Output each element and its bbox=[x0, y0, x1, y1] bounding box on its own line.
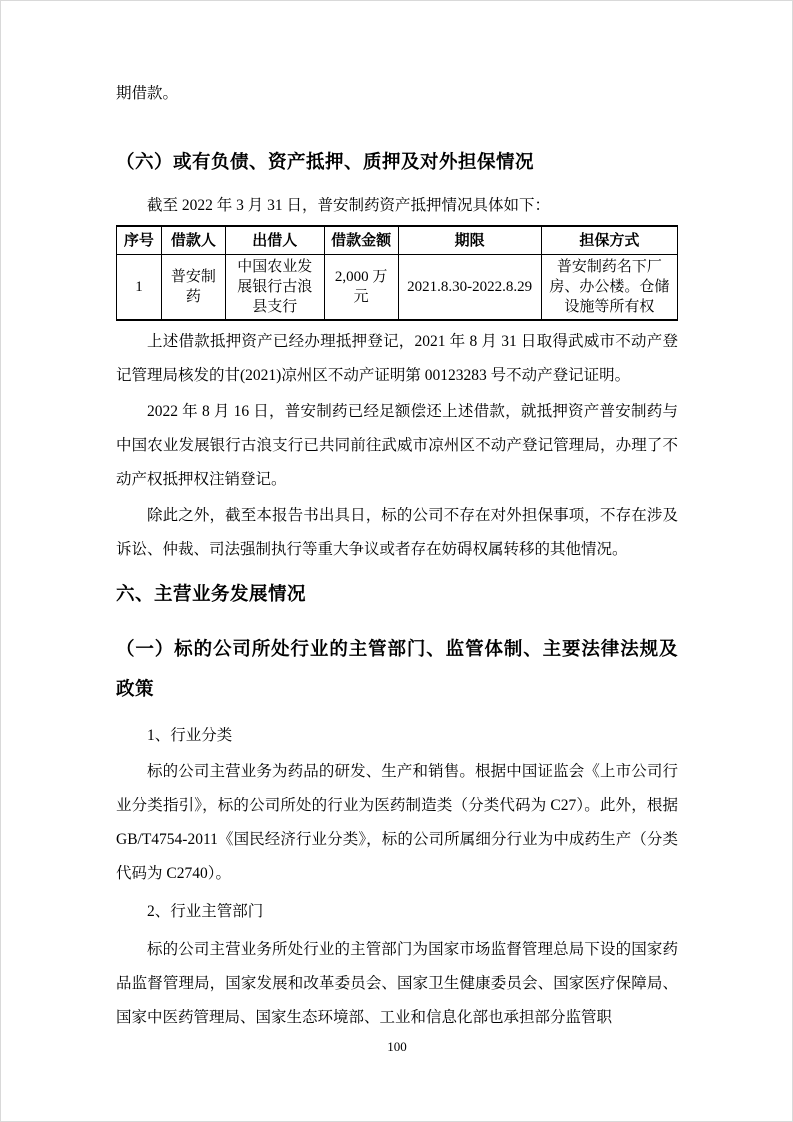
paragraph-mortgage-registration: 上述借款抵押资产已经办理抵押登记，2021 年 8 月 31 日取得武威市不动产… bbox=[116, 325, 678, 393]
heading-main-business: 六、主营业务发展情况 bbox=[116, 579, 678, 609]
paragraph-lead-fragment: 期借款。 bbox=[116, 77, 678, 111]
col-header-lender: 出借人 bbox=[225, 226, 324, 255]
paragraph-industry-classification: 标的公司主营业务为药品的研发、生产和销售。根据中国证监会《上市公司行业分类指引》… bbox=[116, 755, 678, 891]
paragraph-collateral-intro: 截至 2022 年 3 月 31 日，普安制药资产抵押情况具体如下： bbox=[116, 189, 678, 223]
cell-term: 2021.8.30-2022.8.29 bbox=[398, 255, 541, 321]
heading-industry-regulators: （一）标的公司所处行业的主管部门、监管体制、主要法律法规及政策 bbox=[116, 629, 678, 709]
col-header-index: 序号 bbox=[117, 226, 162, 255]
cell-borrower: 普安制药 bbox=[161, 255, 225, 321]
col-header-amount: 借款金额 bbox=[324, 226, 398, 255]
heading-industry-classification: 1、行业分类 bbox=[116, 719, 678, 753]
cell-index: 1 bbox=[117, 255, 162, 321]
table-header-row: 序号 借款人 出借人 借款金额 期限 担保方式 bbox=[117, 226, 678, 255]
page-number: 100 bbox=[116, 1037, 678, 1057]
cell-amount: 2,000 万元 bbox=[324, 255, 398, 321]
col-header-borrower: 借款人 bbox=[161, 226, 225, 255]
heading-industry-authority: 2、行业主管部门 bbox=[116, 895, 678, 929]
heading-contingent-liabilities: （六）或有负债、资产抵押、质押及对外担保情况 bbox=[116, 147, 678, 177]
col-header-guarantee: 担保方式 bbox=[541, 226, 677, 255]
collateral-table: 序号 借款人 出借人 借款金额 期限 担保方式 1 普安制药 中国农业发展银行古… bbox=[116, 225, 678, 321]
paragraph-loan-repayment: 2022 年 8 月 16 日，普安制药已经足额偿还上述借款，就抵押资产普安制药… bbox=[116, 395, 678, 497]
paragraph-no-other-guarantees: 除此之外，截至本报告书出具日，标的公司不存在对外担保事项，不存在涉及诉讼、仲裁、… bbox=[116, 499, 678, 567]
cell-lender: 中国农业发展银行古浪县支行 bbox=[225, 255, 324, 321]
col-header-term: 期限 bbox=[398, 226, 541, 255]
paragraph-industry-authority: 标的公司主营业务所处行业的主管部门为国家市场监督管理总局下设的国家药品监督管理局… bbox=[116, 933, 678, 1035]
cell-guarantee: 普安制药名下厂房、办公楼。仓储设施等所有权 bbox=[541, 255, 677, 321]
table-row: 1 普安制药 中国农业发展银行古浪县支行 2,000 万元 2021.8.30-… bbox=[117, 255, 678, 321]
document-page: 期借款。 （六）或有负债、资产抵押、质押及对外担保情况 截至 2022 年 3 … bbox=[0, 0, 793, 1122]
